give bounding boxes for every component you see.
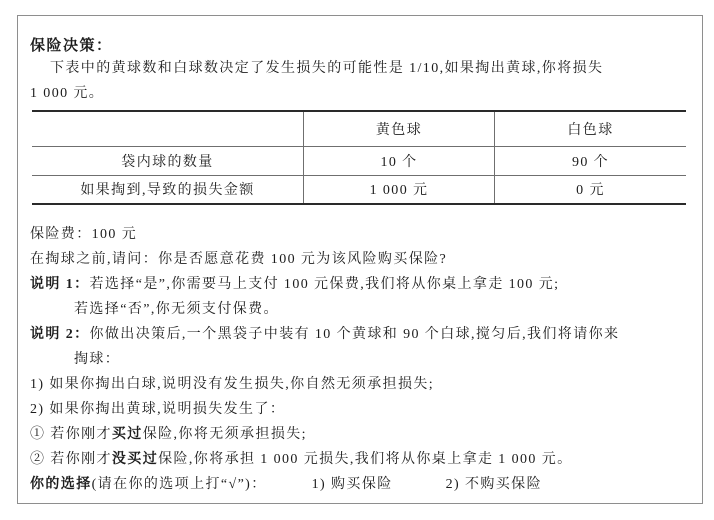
table-header-row: 黄色球 白色球	[32, 111, 686, 146]
subcase-uninsured-post: 保险,你将承担 1 000 元损失,我们将从你桌上拿走 1 000 元。	[158, 452, 572, 467]
note-2: 说明 2：你做出决策后,一个黑袋子中装有 10 个黄球和 90 个白球,搅匀后,…	[30, 322, 690, 372]
subcase-insured-bold: 买过	[112, 427, 143, 442]
choice-option-buy: 1) 购买保险	[312, 477, 393, 492]
ball-odds-table: 黄色球 白色球 袋内球的数量 10 个 90 个 如果掏到,导致的损失金额 1 …	[32, 110, 686, 205]
intro-line1: 下表中的黄球数和白球数决定了发生损失的可能性是 1/10,如果掏出黄球,你将损失	[30, 56, 690, 81]
yellow-ball-count: 10 个	[304, 146, 495, 175]
page-border-frame: 保险决策： 下表中的黄球数和白球数决定了发生损失的可能性是 1/10,如果掏出黄…	[17, 15, 703, 504]
note-2-line-2: 掏球：	[74, 347, 690, 372]
choice-label: 你的选择	[30, 477, 92, 492]
subcase-insured-post: 保险,你将无须承担损失;	[143, 427, 307, 442]
note-2-label: 说明 2：	[30, 327, 90, 342]
intro-paragraph: 下表中的黄球数和白球数决定了发生损失的可能性是 1/10,如果掏出黄球,你将损失…	[30, 56, 690, 106]
note-1-text: 若选择“是”,你需要马上支付 100 元保费,我们将从你桌上拿走 100 元;	[90, 277, 560, 292]
row-label-loss-amount: 如果掏到,导致的损失金额	[32, 175, 304, 204]
subcase-uninsured-pre: ② 若你刚才	[30, 452, 112, 467]
white-ball-loss: 0 元	[495, 175, 687, 204]
note-1-line-2: 若选择“否”,你无须支付保费。	[74, 297, 690, 322]
intro-line2: 1 000 元。	[30, 81, 690, 106]
subcase-insured-pre: ① 若你刚才	[30, 427, 112, 442]
yellow-ball-loss: 1 000 元	[304, 175, 495, 204]
question-line: 在掏球之前,请问：你是否愿意花费 100 元为该风险购买保险?	[30, 247, 690, 272]
table-row-ball-count: 袋内球的数量 10 个 90 个	[32, 146, 686, 175]
case-white-ball: 1) 如果你掏出白球,说明没有发生损失,你自然无须承担损失;	[30, 372, 690, 397]
table-row-loss-amount: 如果掏到,导致的损失金额 1 000 元 0 元	[32, 175, 686, 204]
premium-line: 保险费：100 元	[30, 222, 690, 247]
note-2-line-1: 说明 2：你做出决策后,一个黑袋子中装有 10 个黄球和 90 个白球,搅匀后,…	[30, 322, 690, 347]
document-page: 保险决策： 下表中的黄球数和白球数决定了发生损失的可能性是 1/10,如果掏出黄…	[0, 0, 714, 520]
subcase-insured: ① 若你刚才买过保险,你将无须承担损失;	[30, 422, 690, 447]
case-yellow-ball: 2) 如果你掏出黄球,说明损失发生了：	[30, 397, 690, 422]
header-empty-cell	[32, 111, 304, 146]
header-white-ball: 白色球	[495, 111, 687, 146]
white-ball-count: 90 个	[495, 146, 687, 175]
choice-hint: (请在你的选项上打“√”)：	[92, 477, 267, 492]
note-1-label: 说明 1：	[30, 277, 90, 292]
note-1-line-1: 说明 1：若选择“是”,你需要马上支付 100 元保费,我们将从你桌上拿走 10…	[30, 272, 690, 297]
instructions-section: 保险费：100 元 在掏球之前,请问：你是否愿意花费 100 元为该风险购买保险…	[30, 222, 690, 497]
row-label-ball-count: 袋内球的数量	[32, 146, 304, 175]
subcase-uninsured-bold: 没买过	[112, 452, 158, 467]
header-yellow-ball: 黄色球	[304, 111, 495, 146]
subcase-uninsured: ② 若你刚才没买过保险,你将承担 1 000 元损失,我们将从你桌上拿走 1 0…	[30, 447, 690, 472]
page-title: 保险决策：	[30, 36, 690, 56]
note-2-text: 你做出决策后,一个黑袋子中装有 10 个黄球和 90 个白球,搅匀后,我们将请你…	[90, 327, 620, 342]
choice-line: 你的选择(请在你的选项上打“√”)：1) 购买保险2) 不购买保险	[30, 472, 690, 497]
choice-option-no-buy: 2) 不购买保险	[446, 477, 542, 492]
note-1: 说明 1：若选择“是”,你需要马上支付 100 元保费,我们将从你桌上拿走 10…	[30, 272, 690, 322]
